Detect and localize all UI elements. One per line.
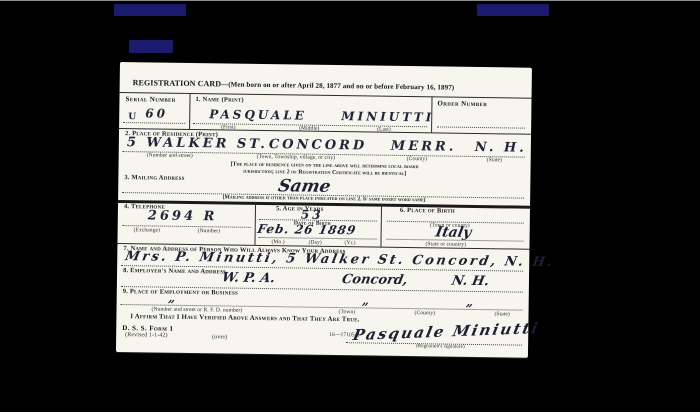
artifact-chip: [129, 40, 173, 53]
affirmation-text: I Affirm That I Have Verified Above Answ…: [130, 313, 359, 323]
birth-value: Italy: [434, 224, 473, 240]
employment-label: 9. Place of Employment or Business: [123, 288, 238, 297]
serial-line: [123, 122, 185, 124]
over-note: (over): [212, 334, 227, 340]
mailing-label: 3. Mailing Address: [124, 174, 184, 182]
employer-town-value: Concord,: [341, 272, 409, 288]
telephone-value: 2694 R: [148, 208, 218, 224]
employment-ditto-town: „: [361, 293, 371, 307]
order-line: [437, 126, 525, 128]
serial-number-label: Serial Number: [125, 95, 175, 104]
name-sub-first: (First): [221, 124, 236, 130]
name-sub-last: (Last): [377, 127, 391, 133]
registrant-signature: Pasquale Miniutti: [351, 319, 541, 344]
dob-sub-day: (Day): [308, 239, 321, 245]
employment-sub-street: (Number and street or R. F. D. number): [152, 306, 243, 313]
divider-age-birth: [380, 204, 382, 247]
employer-state-value: N. H.: [451, 274, 491, 289]
employer-label: 8. Employer's Name and Address: [123, 267, 226, 275]
residence-sub-street: (Number and street): [147, 152, 193, 159]
employment-sub-state: (State): [494, 311, 509, 317]
telephone-sub-number: (Number): [198, 228, 221, 234]
employer-name-value: W. P. A.: [221, 270, 277, 286]
name-first-value: PASQUALE: [209, 107, 307, 122]
form-revised: (Revised 1-1-42): [125, 332, 168, 339]
dob-value: Feb. 26 1889: [256, 222, 357, 237]
card-title-note: —(Men born on or after April 28, 1877 an…: [221, 80, 454, 91]
order-number-label: Order Number: [437, 99, 487, 108]
employment-sub-town: (Town): [338, 309, 355, 315]
residence-town-value: CONCORD: [269, 137, 368, 153]
rule-under-header: [120, 92, 532, 99]
scan-top-edge-line: [0, 0, 700, 1]
residence-street-value: 5 WALKER ST.: [127, 135, 268, 152]
residence-sub-county: (County): [407, 156, 428, 162]
employment-sub-county: (County): [414, 310, 435, 316]
artifact-chip: [477, 4, 549, 16]
card-title: REGISTRATION CARD—(Men born on or after …: [133, 78, 455, 91]
serial-number-value: 60: [145, 106, 168, 120]
artifact-chip: [114, 4, 186, 16]
residence-sub-town: (Town, Township, village, or city): [257, 154, 336, 161]
signature-sub-label: (Registrant's signature): [416, 344, 465, 350]
divider-serial-name: [189, 93, 191, 129]
card-title-main: REGISTRATION CARD: [133, 78, 222, 88]
dob-sub-yr: (Yr.): [344, 240, 355, 246]
birth-label: 6. Place of Birth: [400, 207, 455, 215]
registration-card: REGISTRATION CARD—(Men born on or after …: [116, 62, 532, 358]
name-sub-middle: (Middle): [299, 126, 319, 132]
residence-county-value: MERR.: [391, 139, 457, 155]
screen: { "page": { "background": "#000000", "to…: [0, 0, 700, 412]
divider-tel-age: [254, 202, 256, 245]
employment-ditto-state: „: [465, 295, 475, 309]
dob-sub-mo: (Mo.): [271, 239, 284, 245]
employment-ditto-street: „: [167, 291, 177, 305]
birth-sub-state: (State or country): [425, 241, 466, 248]
name-last-value: MINIUTTI: [341, 109, 434, 124]
residence-state-value: N. H.: [475, 140, 527, 156]
name-label: 1. Name (Print): [195, 96, 243, 104]
residence-sub-state: (State): [487, 157, 502, 163]
telephone-sub-exchange: (Exchange): [134, 227, 160, 233]
serial-prefix: U: [128, 112, 136, 122]
